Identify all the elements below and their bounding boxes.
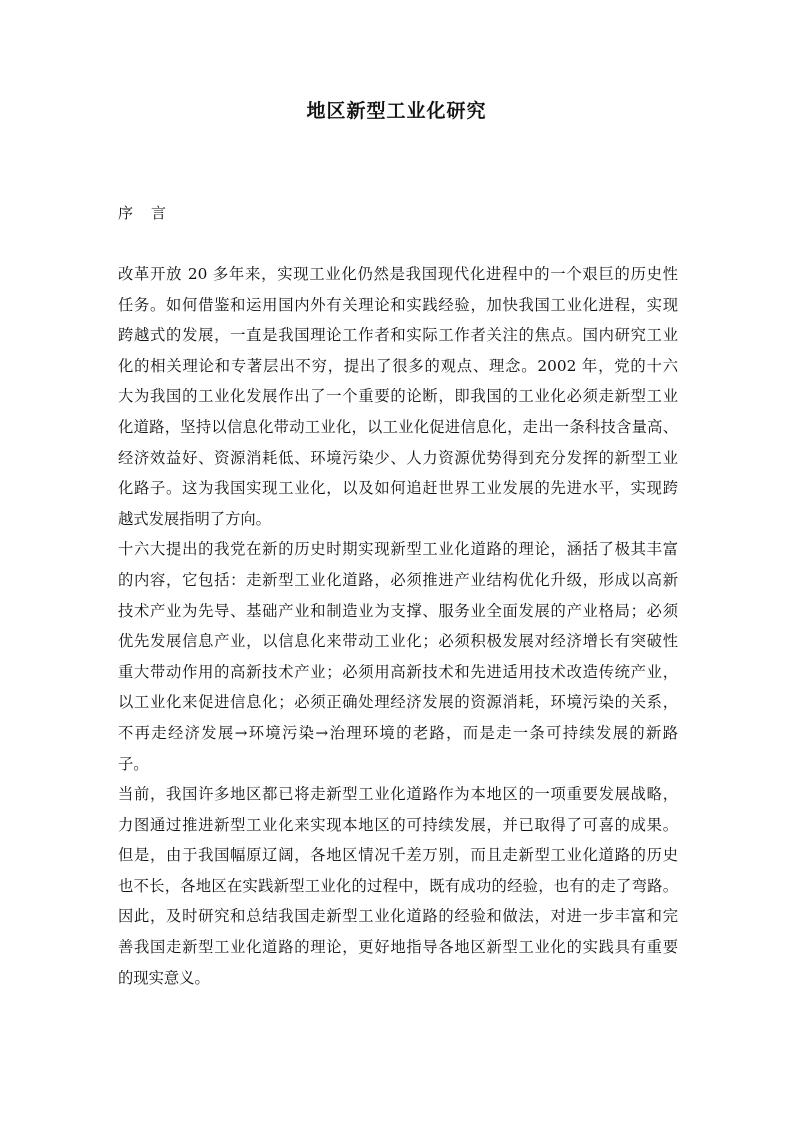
text-line: 也不长，各地区在实践新型工业化的过程中，既有成功的经验，也有的走了弯路。 bbox=[118, 871, 678, 902]
document-body: 改革开放 20 多年来，实现工业化仍然是我国现代化进程中的一个艰巨的历史性 任务… bbox=[118, 259, 678, 993]
text-line: 十六大提出的我党在新的历史时期实现新型工业化道路的理论，涵括了极其丰富 bbox=[118, 534, 678, 565]
text-line: 化的相关理论和专著层出不穷，提出了很多的观点、理念。2002 年，党的十六 bbox=[118, 351, 678, 382]
text-line: 化道路，坚持以信息化带动工业化，以工业化促进信息化，走出一条科技含量高、 bbox=[118, 412, 678, 443]
text-line: 改革开放 20 多年来，实现工业化仍然是我国现代化进程中的一个艰巨的历史性 bbox=[118, 259, 678, 290]
document-title: 地区新型工业化研究 bbox=[0, 96, 793, 123]
text-line: 善我国走新型工业化道路的理论，更好地指导各地区新型工业化的实践具有重要 bbox=[118, 932, 678, 963]
text-line: 大为我国的工业化发展作出了一个重要的论断，即我国的工业化必须走新型工业 bbox=[118, 381, 678, 412]
text-line: 的现实意义。 bbox=[118, 963, 678, 994]
text-line: 重大带动作用的高新技术产业；必须用高新技术和先进适用技术改造传统产业， bbox=[118, 657, 678, 688]
text-line: 因此，及时研究和总结我国走新型工业化道路的经验和做法，对进一步丰富和完 bbox=[118, 901, 678, 932]
section-heading-preface: 序言 bbox=[118, 202, 166, 223]
section-heading-part1: 序 bbox=[118, 204, 133, 222]
text-line: 以工业化来促进信息化；必须正确处理经济发展的资源消耗，环境污染的关系， bbox=[118, 687, 678, 718]
text-line: 力图通过推进新型工业化来实现本地区的可持续发展，并已取得了可喜的成果。 bbox=[118, 810, 678, 841]
text-line: 跨越式的发展，一直是我国理论工作者和实际工作者关注的焦点。国内研究工业 bbox=[118, 320, 678, 351]
text-line: 但是，由于我国幅原辽阔，各地区情况千差万别，而且走新型工业化道路的历史 bbox=[118, 840, 678, 871]
paragraph-3: 当前，我国许多地区都已将走新型工业化道路作为本地区的一项重要发展战略， 力图通过… bbox=[118, 779, 678, 993]
text-line: 不再走经济发展→环境污染→治理环境的老路，而是走一条可持续发展的新路 bbox=[118, 718, 678, 749]
paragraph-1: 改革开放 20 多年来，实现工业化仍然是我国现代化进程中的一个艰巨的历史性 任务… bbox=[118, 259, 678, 534]
text-line: 经济效益好、资源消耗低、环境污染少、人力资源优势得到充分发挥的新型工业 bbox=[118, 443, 678, 474]
text-line: 任务。如何借鉴和运用国内外有关理论和实践经验，加快我国工业化进程，实现 bbox=[118, 290, 678, 321]
text-line: 化路子。这为我国实现工业化，以及如何追赶世界工业发展的先进水平，实现跨 bbox=[118, 473, 678, 504]
text-line: 优先发展信息产业，以信息化来带动工业化；必须积极发展对经济增长有突破性 bbox=[118, 626, 678, 657]
paragraph-2: 十六大提出的我党在新的历史时期实现新型工业化道路的理论，涵括了极其丰富 的内容，… bbox=[118, 534, 678, 779]
text-line: 越式发展指明了方向。 bbox=[118, 504, 678, 535]
text-line: 技术产业为先导、基础产业和制造业为支撑、服务业全面发展的产业格局；必须 bbox=[118, 596, 678, 627]
text-line: 子。 bbox=[118, 749, 678, 780]
section-heading-part2: 言 bbox=[151, 204, 166, 222]
text-line: 的内容，它包括：走新型工业化道路，必须推进产业结构优化升级，形成以高新 bbox=[118, 565, 678, 596]
text-line: 当前，我国许多地区都已将走新型工业化道路作为本地区的一项重要发展战略， bbox=[118, 779, 678, 810]
